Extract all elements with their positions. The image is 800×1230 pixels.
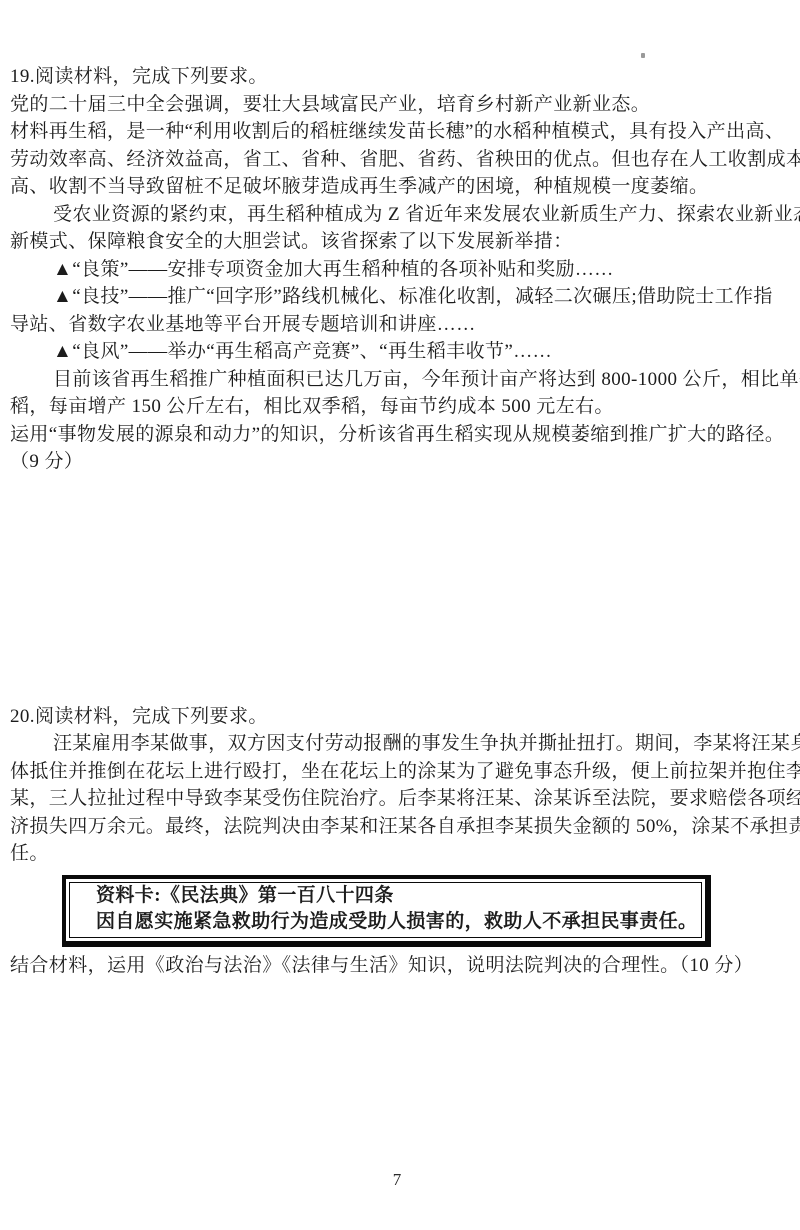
q19-score: （9 分） <box>10 448 792 476</box>
q19-line: 材料再生稻，是一种“利用收割后的稻桩继续发苗长穗”的水稻种植模式，具有投入产出高… <box>10 118 792 146</box>
question-19-block: 19.阅读材料，完成下列要求。 党的二十届三中全会强调，要壮大县域富民产业，培育… <box>10 63 792 476</box>
q20-line: 济损失四万余元。最终，法院判决由李某和汪某各自承担李某损失金额的 50%，涂某不… <box>10 813 792 841</box>
q19-heading: 19.阅读材料，完成下列要求。 <box>10 63 792 91</box>
q20-line: 汪某雇用李某做事，双方因支付劳动报酬的事发生争执并撕扯扭打。期间，李某将汪某身 <box>10 730 792 758</box>
q19-line: 新模式、保障粮食安全的大胆尝试。该省探索了以下发展新举措： <box>10 228 792 256</box>
exam-paper-page: 19.阅读材料，完成下列要求。 党的二十届三中全会强调，要壮大县域富民产业，培育… <box>0 0 800 1230</box>
reference-card-box: 资料卡:《民法典》第一百八十四条 因自愿实施紧急救助行为造成受助人损害的，救助人… <box>62 875 711 947</box>
q20-line: 体抵住并推倒在花坛上进行殴打，坐在花坛上的涂某为了避免事态升级，便上前拉架并抱住… <box>10 758 792 786</box>
q19-task-line: 运用“事物发展的源泉和动力”的知识，分析该省再生稻实现从规模萎缩到推广扩大的路径… <box>10 421 792 449</box>
q19-line: 受农业资源的紧约束，再生稻种植成为 Z 省近年来发展农业新质生产力、探索农业新业… <box>10 201 792 229</box>
q20-task-line: 结合材料，运用《政治与法治》《法律与生活》知识，说明法院判决的合理性。（10 分… <box>10 952 792 980</box>
q19-bullet-liangfeng: ▲“良风”——举办“再生稻高产竞赛”、“再生稻丰收节”…… <box>10 338 792 366</box>
q19-line: 高、收割不当导致留桩不足破坏腋芽造成再生季减产的困境，种植规模一度萎缩。 <box>10 173 792 201</box>
reference-card-title: 资料卡:《民法典》第一百八十四条 <box>96 883 699 909</box>
reference-card-content: 因自愿实施紧急救助行为造成受助人损害的，救助人不承担民事责任。 <box>96 909 699 935</box>
q19-bullet-liangce: ▲“良策”——安排专项资金加大再生稻种植的各项补贴和奖励…… <box>10 256 792 284</box>
q19-line: 导站、省数字农业基地等平台开展专题培训和讲座…… <box>10 311 792 339</box>
q19-line: 劳动效率高、经济效益高，省工、省种、省肥、省药、省秧田的优点。但也存在人工收割成… <box>10 146 792 174</box>
q19-line: 党的二十届三中全会强调，要壮大县域富民产业，培育乡村新产业新业态。 <box>10 91 792 119</box>
q20-heading: 20.阅读材料，完成下列要求。 <box>10 703 792 731</box>
q19-line: 稻，每亩增产 150 公斤左右，相比双季稻，每亩节约成本 500 元左右。 <box>10 393 792 421</box>
page-number: 7 <box>0 1168 794 1192</box>
q20-line: 某，三人拉扯过程中导致李某受伤住院治疗。后李某将汪某、涂某诉至法院，要求赔偿各项… <box>10 785 792 813</box>
q19-bullet-liangji: ▲“良技”——推广“回字形”路线机械化、标准化收割，减轻二次碾压;借助院士工作指 <box>10 283 792 311</box>
q19-line: 目前该省再生稻推广种植面积已达几万亩，今年预计亩产将达到 800-1000 公斤… <box>10 366 792 394</box>
page-content: 19.阅读材料，完成下列要求。 党的二十届三中全会强调，要壮大县域富民产业，培育… <box>10 63 792 979</box>
q20-line: 任。 <box>10 840 792 868</box>
scan-artifact-dot <box>641 53 645 58</box>
question-20-block: 20.阅读材料，完成下列要求。 汪某雇用李某做事，双方因支付劳动报酬的事发生争执… <box>10 703 792 980</box>
